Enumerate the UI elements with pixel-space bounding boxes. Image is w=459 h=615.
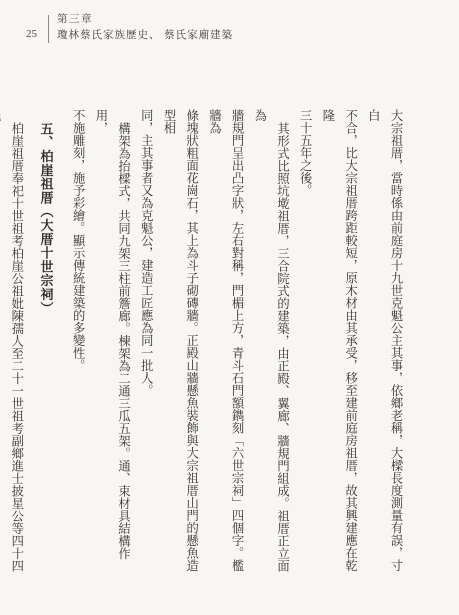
text-column: 構架為抬樑式，共同九架三柱前簷廊。棟架為二通三瓜五架。通、束材具結構作用，: [89, 109, 134, 581]
text-column: 三十五年之後。: [293, 109, 316, 581]
text-column: 同，主其事者又為克魁公，建造工匠應為同一批人。: [135, 109, 158, 581]
chapter-label: 第三章: [57, 11, 93, 26]
book-page: 第三章 瓊林蔡氏家族歷史、 蔡氏家廟建築 25 大宗祖厝，當時係由前庭房十九世克…: [0, 0, 459, 615]
text-column: 柏崖祖厝奉祀十世祖考柏崖公祖妣陳孺人至二十一世祖考副鄉進士披星公等四十四先: [0, 109, 28, 581]
text-column: 大宗祖厝，當時係由前庭房十九世克魁公主其事，依鄉老稱，大樑長度測量有誤，寸白: [362, 109, 407, 581]
running-header-title: 瓊林蔡氏家族歷史、 蔡氏家廟建築: [57, 27, 233, 42]
page-number: 25: [26, 28, 37, 40]
vertical-text-body: 大宗祖厝，當時係由前庭房十九世克魁公主其事，依鄉老稱，大樑長度測量有誤，寸白不合…: [0, 109, 407, 581]
text-column: 條塊狀粗面花崗石，其上為斗子砌磚牆。正殿山牆懸魚裝飾與大宗祖厝山門的懸魚造型相: [157, 109, 202, 581]
text-column: 其形式比照坑墘祖厝，三合院式的建築，由正殿、翼廊、牆規門組成。祖厝正立面為: [248, 109, 293, 581]
header-divider-rule: [48, 15, 49, 43]
text-column: 不合，比大宗祖厝跨距較短，原木材由其承受，移至建前庭房祖厝，故其興建應在乾隆: [316, 109, 361, 581]
text-column: 牆規門呈出凸字狀，左右對稱，門楣上方，青斗石門額鐫刻「六世宗祠」四個字。檻牆為: [203, 109, 248, 581]
text-column: 不施雕刻，施予彩繪。顯示傳統建築的多變性。: [66, 109, 89, 581]
section-heading: 五、柏崖祖厝（大厝十世宗祠）: [34, 109, 57, 581]
